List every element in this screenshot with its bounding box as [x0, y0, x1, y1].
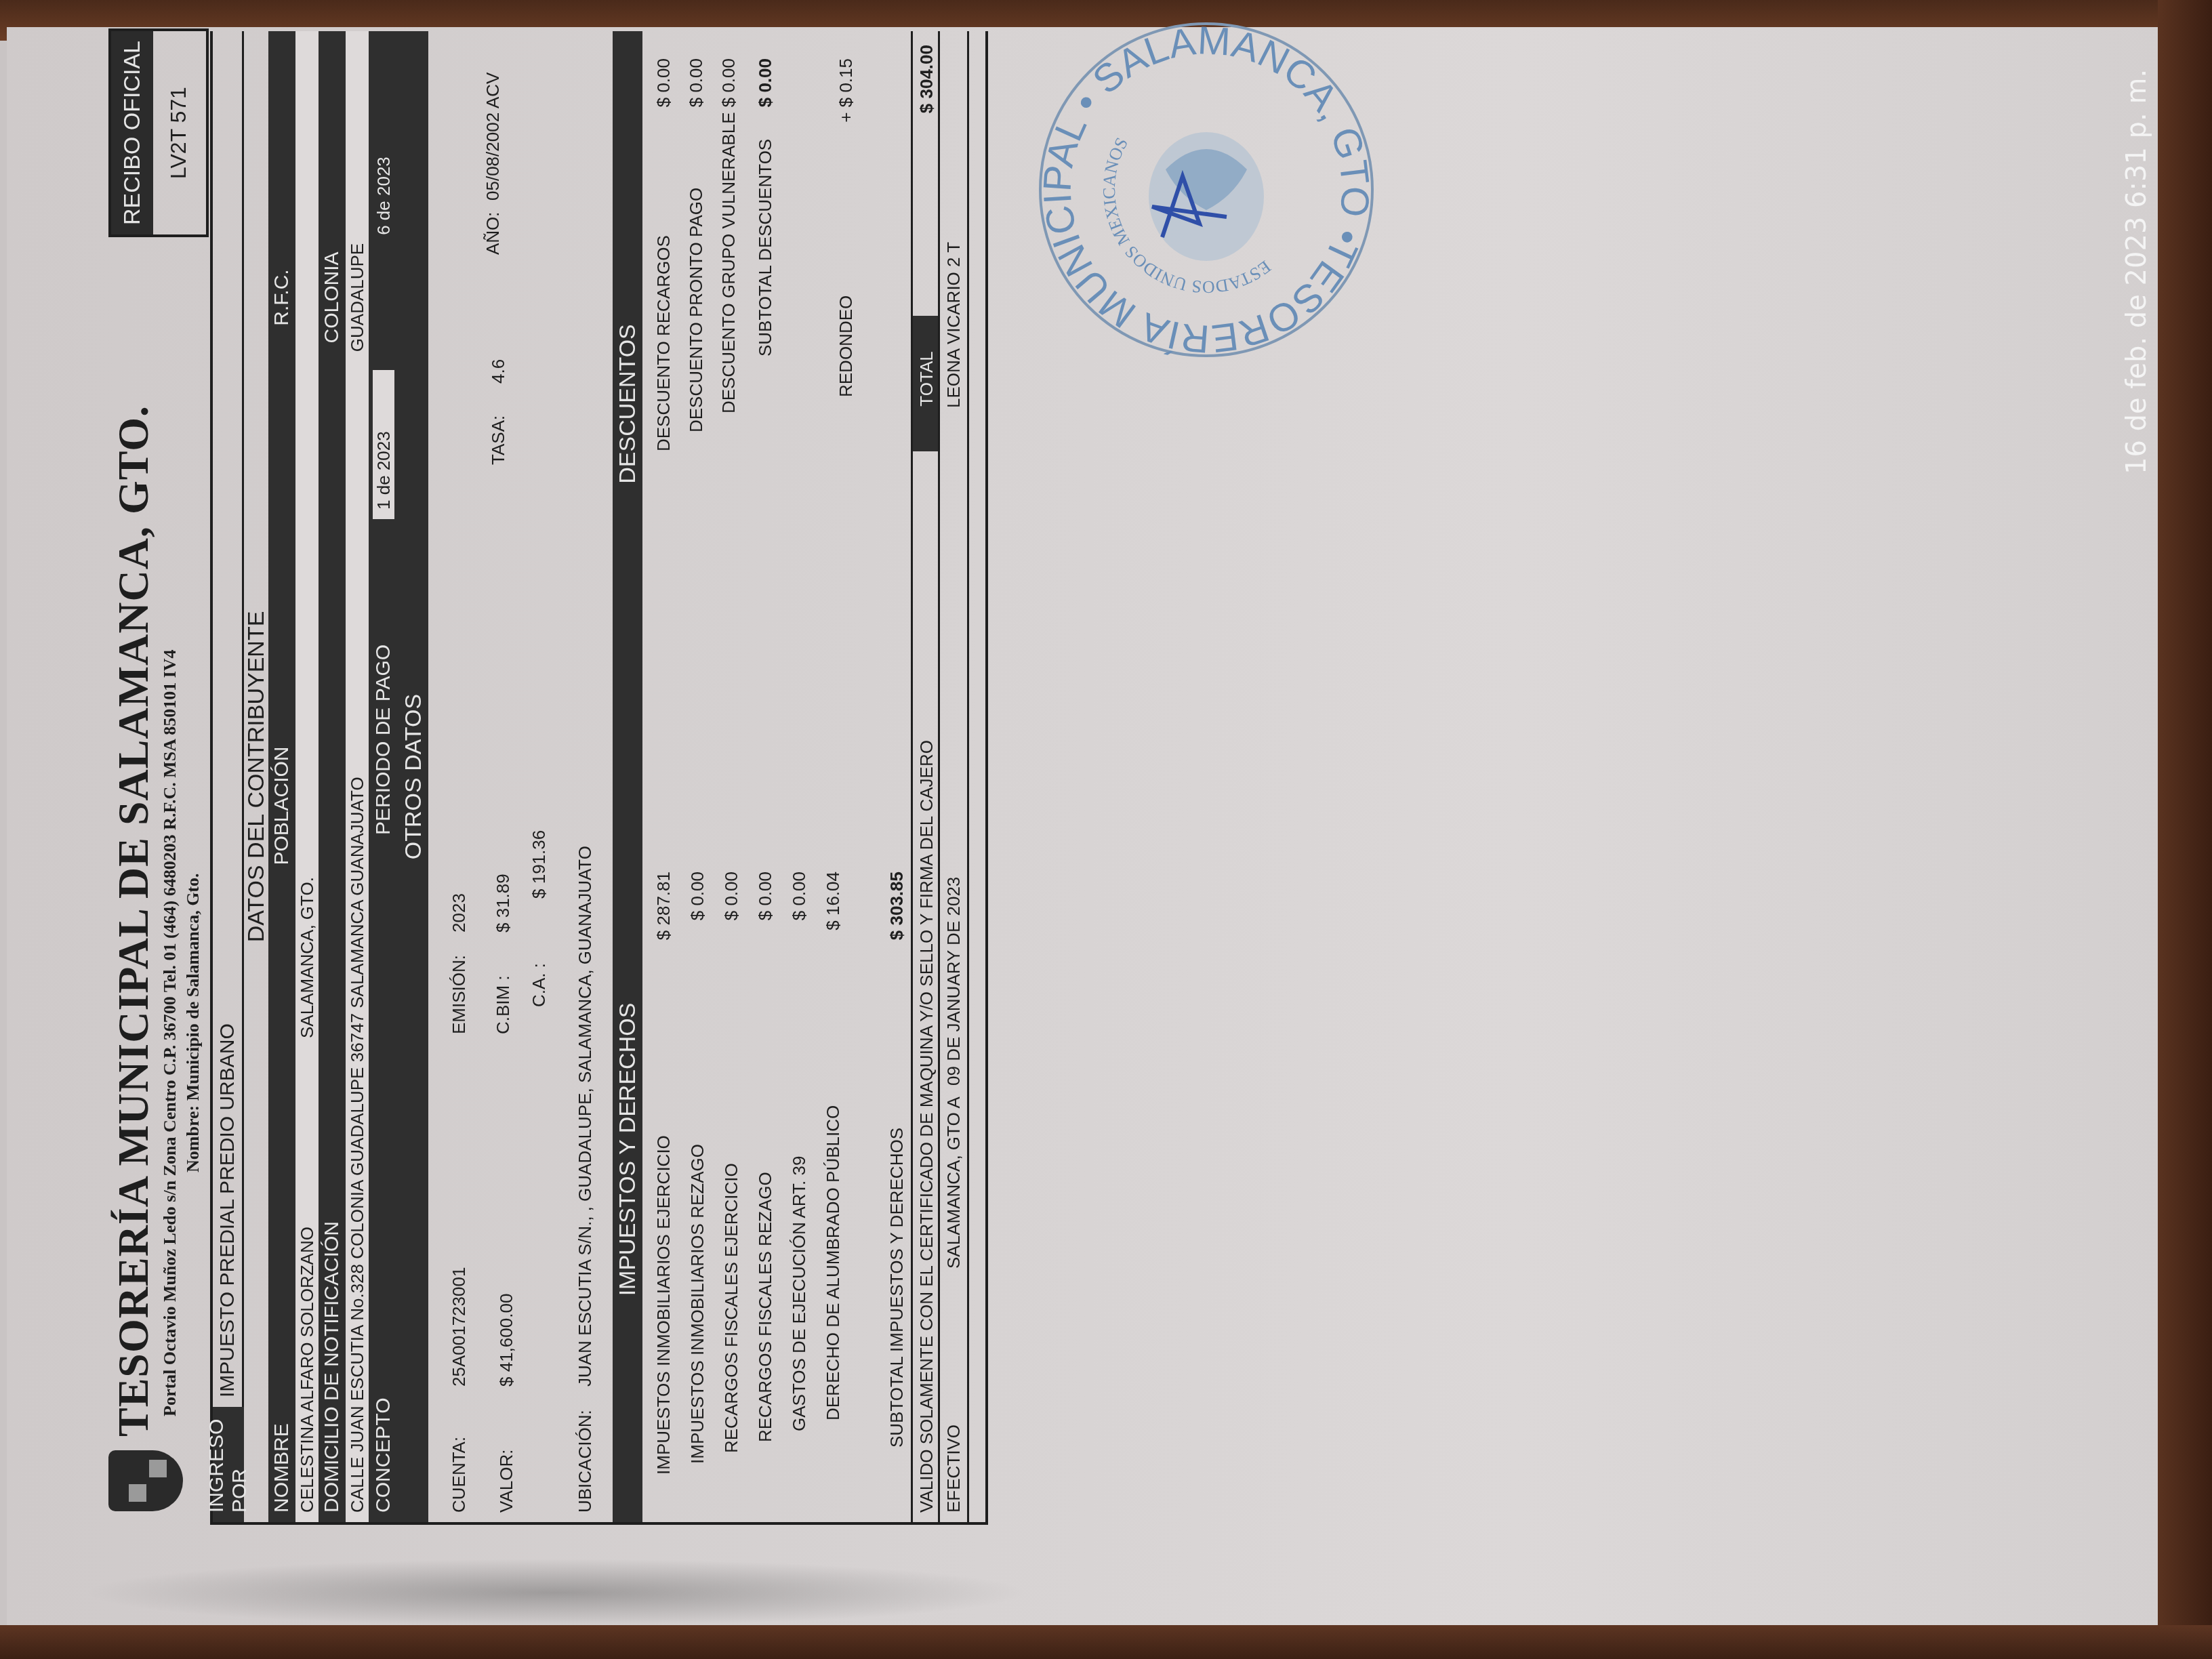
receipt-number: LV2T 571 — [153, 31, 203, 234]
ca-label: C.A. : — [529, 963, 550, 1007]
emision-label: EMISIÓN: — [449, 955, 470, 1034]
photo-timestamp: 16 de feb. de 2023 6:31 p. m. — [2121, 69, 2152, 474]
cuenta-label: CUENTA: — [449, 1437, 470, 1513]
line-item-amount: $ 0.00 — [721, 872, 742, 1007]
poblacion-value: SALAMANCA, GTO. — [297, 573, 318, 1048]
otros-datos-section: CUENTA: 25A001723001 EMISIÓN: 2023 VALOR… — [428, 31, 564, 1522]
ingreso-row: INGRESO POR IMPUESTO PREDIAL PREDIO URBA… — [213, 31, 244, 1522]
receipt-label: RECIBO OFICIAL — [111, 31, 153, 234]
line-item-label: RECARGOS FISCALES EJERCICIO — [721, 1163, 742, 1453]
impuestos-subtotal-label: SUBTOTAL IMPUESTOS Y DERECHOS — [886, 1128, 907, 1448]
line-item-label: DERECHO DE ALUMBRADO PÚBLICO — [823, 1105, 844, 1420]
line-item-amount: $ 0.00 — [653, 58, 674, 194]
toner-smudge — [81, 1559, 1030, 1626]
validez-text: VALIDO SOLAMENTE CON EL CERTIFICADO DE M… — [916, 451, 937, 1522]
redondeo-row: REDONDEO + $ 0.15 — [833, 31, 860, 777]
emision-value: 2023 — [449, 893, 470, 933]
domicilio-value: CALLE JUAN ESCUTIA No.328 COLONIA GUADAL… — [347, 573, 368, 1522]
periodo-label: PERIODO DE PAGO — [372, 519, 395, 844]
valor-value: $ 41,600.00 — [496, 1294, 517, 1387]
rfc-label: R.F.C. — [270, 31, 293, 573]
receipt-body: INGRESO POR IMPUESTO PREDIAL PREDIO URBA… — [210, 31, 988, 1525]
contribuyente-values: CELESTINA ALFARO SOLORZANO SALAMANCA, GT… — [295, 31, 319, 1522]
receipt-document: TESORERÍA MUNICIPAL DE SALAMANCA, GTO. P… — [95, 34, 989, 1552]
descuentos-list: DESCUENTO RECARGOS$ 0.00DESCUENTO PRONTO… — [653, 31, 897, 777]
redondeo-amount: + $ 0.15 — [836, 58, 857, 194]
table-surface-right — [2158, 0, 2212, 1659]
ingreso-value: IMPUESTO PREDIAL PREDIO URBANO — [213, 31, 244, 1407]
line-item-label: DESCUENTO RECARGOS — [653, 235, 674, 451]
contribuyente-headers: NOMBRE POBLACIÓN R.F.C. — [268, 31, 295, 1522]
cbim-value: $ 31.89 — [493, 874, 514, 933]
issuer-title: TESORERÍA MUNICIPAL DE SALAMANCA, GTO. — [108, 405, 159, 1437]
line-item-amount: $ 287.81 — [653, 872, 674, 1007]
redondeo-label: REDONDEO — [836, 295, 857, 397]
valor-label: VALOR: — [496, 1450, 517, 1513]
cajero: LEONA VICARIO 2 T — [943, 31, 964, 417]
domicilio-values: CALLE JUAN ESCUTIA No.328 COLONIA GUADAL… — [346, 31, 369, 1522]
total-amount: $ 304.00 — [916, 31, 937, 316]
domicilio-label: DOMICILIO DE NOTIFICACIÓN — [321, 573, 344, 1522]
ingreso-label: INGRESO POR — [213, 1407, 244, 1522]
line-item-label: GASTOS DE EJECUCIÓN ART. 39 — [789, 1156, 810, 1432]
line-item-label: IMPUESTOS INMOBILIARIOS REZAGO — [687, 1144, 708, 1464]
nombre-label: NOMBRE — [270, 1048, 293, 1522]
ubicacion-value: JUAN ESCUTIA S/N., , GUADALUPE, SALAMANC… — [575, 846, 596, 1387]
forma-pago: EFECTIVO — [943, 1278, 964, 1522]
treasury-seal-stamp: TESORERÍA MUNICIPAL • SALAMANCA, GTO • E… — [1030, 14, 1382, 366]
contribuyente-title: DATOS DEL CONTRIBUYENTE — [244, 31, 268, 1522]
concepto-label: CONCEPTO — [372, 844, 395, 1522]
periodo-desde: 1 de 2023 — [373, 370, 394, 519]
line-item-amount: $ 0.00 — [755, 872, 776, 1007]
issuer-name: Nombre: Municipio de Salamanca, Gto. — [183, 873, 203, 1172]
line-item-label: DESCUENTO PRONTO PAGO — [686, 188, 707, 432]
municipal-crest-icon — [95, 1443, 190, 1525]
ca-value: $ 191.36 — [529, 830, 550, 899]
anio-label: AÑO: — [483, 211, 504, 255]
impuestos-subtotal-row: SUBTOTAL IMPUESTOS Y DERECHOS $ 303.85 — [884, 777, 911, 1522]
colonia-label: COLONIA — [321, 31, 344, 573]
tax-section-headers: IMPUESTOS Y DERECHOS DESCUENTOS — [613, 31, 642, 1522]
line-item-label: RECARGOS FISCALES REZAGO — [755, 1172, 776, 1442]
concepto-row: CONCEPTO PERIODO DE PAGO 1 de 2023 6 de … — [369, 31, 398, 1522]
issuer-address: Portal Octavio Muñoz Ledo s/n Zona Centr… — [160, 649, 180, 1416]
otros-datos-title: OTROS DATOS — [398, 31, 428, 1522]
tasa-value: 4.6 — [488, 359, 509, 384]
total-label: TOTAL — [913, 316, 940, 451]
ubicacion-label: UBICACIÓN: — [575, 1410, 596, 1513]
line-item-amount: $ 16.04 — [823, 872, 844, 1007]
line-item-amount: $ 0.00 — [718, 58, 739, 194]
cuenta-value: 25A001723001 — [449, 1267, 470, 1387]
descuentos-subtotal-amount: $ 0.00 — [755, 58, 776, 194]
photo-timestamp-overlay: 16 de feb. de 2023 6:31 p. m. — [2121, 41, 2162, 474]
cbim-label: C.BIM : — [493, 975, 514, 1034]
validez-row: VALIDO SOLAMENTE CON EL CERTIFICADO DE M… — [911, 31, 940, 1522]
line-item-amount: $ 0.00 — [687, 872, 708, 1007]
receipt-number-box: RECIBO OFICIAL LV2T 571 — [108, 28, 209, 237]
impuestos-list: IMPUESTOS INMOBILIARIOS EJERCICIO$ 287.8… — [653, 777, 897, 1522]
eagle-emblem-icon — [1149, 132, 1264, 261]
table-surface-bottom — [0, 1625, 2212, 1659]
anio-value: 05/08/2002 ACV — [483, 73, 504, 201]
ubicacion-row: UBICACIÓN: JUAN ESCUTIA S/N., , GUADALUP… — [572, 31, 599, 1522]
line-item-amount: $ 0.00 — [686, 58, 707, 194]
lugar: SALAMANCA, GTO A — [943, 1095, 964, 1278]
poblacion-label: POBLACIÓN — [270, 573, 293, 1048]
domicilio-headers: DOMICILIO DE NOTIFICACIÓN COLONIA — [319, 31, 346, 1522]
periodo-hasta: 6 de 2023 — [373, 31, 394, 370]
impuestos-subtotal-amount: $ 303.85 — [886, 872, 907, 1007]
tasa-label: TASA: — [488, 415, 509, 465]
descuentos-title: DESCUENTOS — [615, 31, 641, 777]
fecha: 09 DE JANUARY DE 2023 — [943, 417, 964, 1095]
line-item-label: IMPUESTOS INMOBILIARIOS EJERCICIO — [653, 1135, 674, 1475]
line-item-amount: $ 0.00 — [789, 872, 810, 1007]
payment-row: EFECTIVO SALAMANCA, GTO A 09 DE JANUARY … — [938, 31, 969, 1522]
colonia-value: GUADALUPE — [347, 31, 368, 573]
nombre-value: CELESTINA ALFARO SOLORZANO — [297, 1048, 318, 1522]
impuestos-title: IMPUESTOS Y DERECHOS — [615, 777, 641, 1522]
